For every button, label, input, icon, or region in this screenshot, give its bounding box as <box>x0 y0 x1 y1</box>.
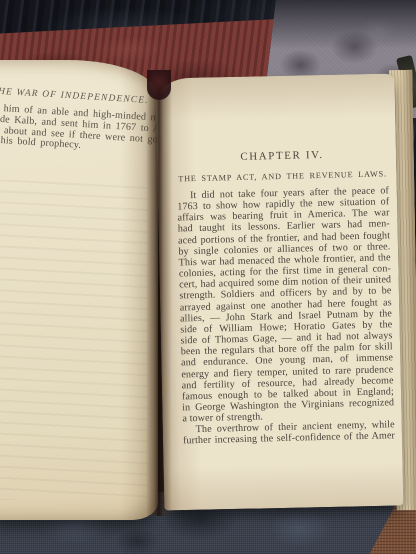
right-page-content: CHAPTER IV. THE STAMP ACT, AND THE REVEN… <box>176 147 395 447</box>
chapter-title: CHAPTER IV. <box>176 147 388 164</box>
left-page-content: THE WAR OF INDEPENDENCE. him of an able … <box>0 86 158 160</box>
left-page-text: him of an able and high-minded man,de Ka… <box>0 103 158 160</box>
right-page-text: It did not take four years after the pea… <box>177 185 395 447</box>
right-page: CHAPTER IV. THE STAMP ACT, AND THE REVEN… <box>155 74 403 511</box>
chapter-subtitle: THE STAMP ACT, AND THE REVENUE LAWS. <box>176 169 388 183</box>
book-spine <box>147 70 171 100</box>
left-page: THE WAR OF INDEPENDENCE. him of an able … <box>0 60 158 520</box>
book-photo: THE WAR OF INDEPENDENCE. him of an able … <box>0 0 416 554</box>
book-gutter <box>146 70 172 516</box>
